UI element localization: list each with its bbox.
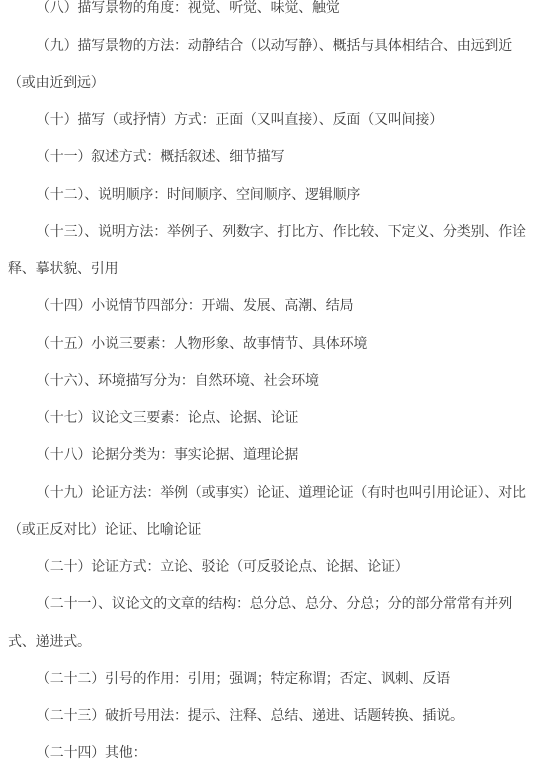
paragraph-narration-modes: （十一）叙述方式：概括叙述、细节描写	[8, 139, 528, 176]
paragraph-argument-methods: （十九）论证方法：举例（或事实）论证、道理论证（有时也叫引用论证）、对比（或正反…	[8, 475, 528, 550]
paragraph-description-modes: （十）描写（或抒情）方式：正面（又叫直接）、反面（又叫间接）	[8, 102, 528, 139]
paragraph-essay-structure: （二十一）、议论文的文章的结构：总分总、总分、分总；分的部分常常有并列式、递进式…	[8, 586, 528, 661]
paragraph-other: （二十四）其他：	[8, 735, 528, 772]
paragraph-description-methods: （九）描写景物的方法：动静结合（以动写静）、概括与具体相结合、由远到近（或由近到…	[8, 28, 528, 103]
paragraph-evidence-types: （十八）论据分类为：事实论据、道理论据	[8, 437, 528, 474]
paragraph-dash-usage: （二十三）破折号用法：提示、注释、总结、递进、话题转换、插说。	[8, 698, 528, 735]
paragraph-quotation-marks: （二十二）引号的作用：引用；强调；特定称谓；否定、讽刺、反语	[8, 661, 528, 698]
paragraph-environment-types: （十六）、环境描写分为：自然环境、社会环境	[8, 363, 528, 400]
paragraph-description-angles: （八）描写景物的角度：视觉、听觉、味觉、触觉	[8, 0, 528, 28]
paragraph-argument-modes: （二十）论证方式：立论、驳论（可反驳论点、论据、论证）	[8, 549, 528, 586]
paragraph-exposition-methods: （十三）、说明方法：举例子、列数字、打比方、作比较、下定义、分类别、作诠释、摹状…	[8, 214, 528, 289]
paragraph-exposition-order: （十二）、说明顺序：时间顺序、空间顺序、逻辑顺序	[8, 177, 528, 214]
document-body: （八）描写景物的角度：视觉、听觉、味觉、触觉 （九）描写景物的方法：动静结合（以…	[8, 0, 528, 773]
paragraph-novel-elements: （十五）小说三要素：人物形象、故事情节、具体环境	[8, 326, 528, 363]
paragraph-plot-parts: （十四）小说情节四部分：开端、发展、高潮、结局	[8, 288, 528, 325]
paragraph-argument-elements: （十七）议论文三要素：论点、论据、论证	[8, 400, 528, 437]
